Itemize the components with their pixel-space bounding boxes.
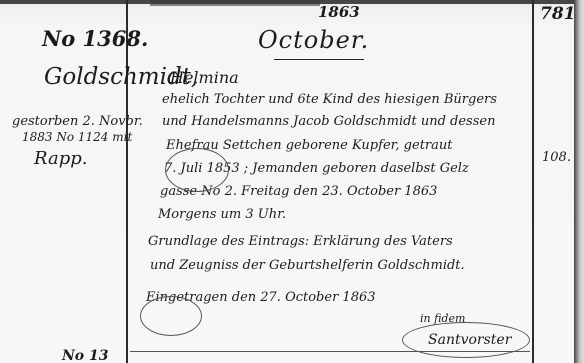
given-name: Helmina	[170, 68, 239, 87]
entry-number: No 1368.	[42, 26, 148, 51]
margin-note-line-1: gestorben 2. Novbr.	[12, 114, 143, 129]
reference-number: 108.	[542, 150, 571, 165]
page-number: 781	[540, 4, 576, 24]
entry-separator-line	[130, 351, 530, 352]
register-page: 1863 October. 781 No 1368. Goldschmidt, …	[0, 0, 584, 363]
flourish-oval	[165, 148, 229, 192]
flourish-oval	[140, 296, 202, 336]
entry-line-1: ehelich Tochter und 6te Kind des hiesige…	[162, 92, 497, 107]
header-month-underline	[274, 59, 364, 60]
page-edge	[574, 0, 584, 363]
header-month: October.	[258, 26, 369, 54]
margin-note-line-3: Rapp.	[34, 148, 87, 169]
entry-line-6: Morgens um 3 Uhr.	[158, 207, 286, 222]
entry-line-8: und Zeugniss der Geburtshelferin Goldsch…	[150, 258, 465, 273]
next-entry-fragment: No 13	[62, 348, 109, 363]
margin-note-line-2: 1883 No 1124 mit	[22, 130, 132, 144]
entry-line-7: Grundlage des Eintrags: Erklärung des Va…	[148, 234, 453, 249]
signature-flourish	[402, 322, 530, 358]
page-top-shadow-tab	[150, 0, 320, 6]
header-year: 1863	[318, 3, 360, 21]
column-divider-right	[532, 0, 534, 363]
column-divider-left	[126, 0, 128, 363]
entry-line-2: und Handelsmanns Jacob Goldschmidt und d…	[162, 114, 495, 129]
